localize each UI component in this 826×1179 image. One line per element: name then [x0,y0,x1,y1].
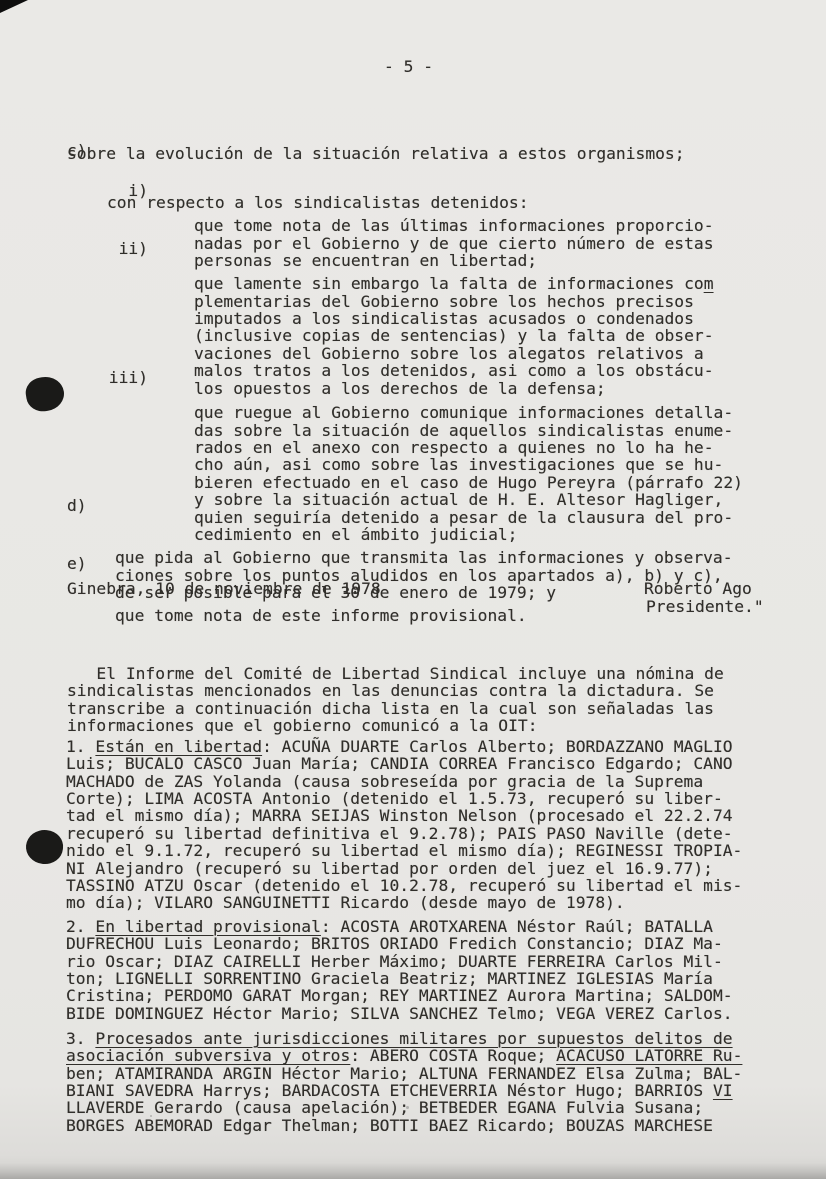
text-line: El Informe del Comité de Libertad Sindic… [67,665,724,682]
text-segment: LLAVERDE Gerardo (causa apelación); BETB… [66,1098,703,1117]
text-segment: BORGES ABEMORAD Edgar Thelman; BOTTI BAE… [66,1116,713,1135]
underlined-text: ACACUSO LATORRE Ru- [556,1046,742,1065]
text-segment: (inclusive copias de sentencias) y la fa… [194,326,714,345]
text-line: Luis; BUCALO CASCO Juan María; CANDIA CO… [66,755,742,772]
text-line: que ruegue al Gobierno comunique informa… [194,404,826,421]
scan-speck [406,1106,409,1109]
underlined-text: Procesados ante jurisdicciones militares… [95,1029,732,1048]
text-segment: ton; LIGNELLI SORRENTINO Graciela Beatri… [66,969,713,988]
paragraph-lines: que tome nota de este informe provisiona… [115,607,527,624]
text-segment: que lamente sin embargo la falta de info… [194,274,704,293]
text-segment: que ruegue al Gobierno comunique informa… [194,403,733,422]
scan-bottom-shadow [0,1163,826,1179]
text-segment: rio Oscar; DIAZ CAIRELLI Herber Máximo; … [66,952,723,971]
scan-speck [150,1115,152,1117]
text-segment: ben; ATAMIRANDA ARGIN Héctor Mario; ALTU… [66,1064,742,1083]
text-line: rio Oscar; DIAZ CAIRELLI Herber Máximo; … [66,953,733,970]
item-label-ii: ii) [66,240,148,257]
text-line: bieren efectuado en el caso de Hugo Pere… [194,474,826,491]
text-segment: das sobre la situación de aquellos sindi… [194,421,733,440]
underlined-text: VI [713,1081,733,1100]
item-label-iii: iii) [66,369,148,386]
text-line: plementarias del Gobierno sobre los hech… [194,293,826,310]
text-segment: nido el 9.1.72, recuperó su libertad el … [66,841,742,860]
paragraph-lines: 3. Procesados ante jurisdicciones milita… [66,1030,742,1134]
underlined-text: asociación subversiva y otros [66,1046,350,1065]
text-segment: 3. [66,1029,95,1048]
section-3-procesados: 3. Procesados ante jurisdicciones milita… [66,995,742,1169]
text-segment: Luis; BUCALO CASCO Juan María; CANDIA CO… [66,754,733,773]
text-line: 1. Están en libertad: ACUÑA DUARTE Carlo… [66,738,742,755]
item-label-i: i) [66,182,148,199]
text-segment: imputados a los sindicalistas acusados o… [194,309,694,328]
text-segment: : ABERO COSTA Roque; [350,1046,556,1065]
text-line: 3. Procesados ante jurisdicciones milita… [66,1030,742,1047]
text-segment: MACHADO de ZAS Yolanda (causa sobreseída… [66,772,703,791]
text-line: nido el 9.1.72, recuperó su libertad el … [66,842,742,859]
text-segment: : ACUÑA DUARTE Carlos Alberto; BORDAZZAN… [262,737,733,756]
text-segment: recuperó su libertad definitiva el 9.2.7… [66,824,733,843]
item-label-e: e) [67,555,87,572]
text-line: imputados a los sindicalistas acusados o… [194,310,826,327]
signature-title: Presidente." [646,598,764,615]
text-line: MACHADO de ZAS Yolanda (causa sobreseída… [66,773,742,790]
text-segment: BIANI SAVEDRA Harrys; BARDACOSTA ETCHEVE… [66,1081,713,1100]
text-segment: Corte); LIMA ACOSTA Antonio (detenido el… [66,789,723,808]
dateline: Ginebra, 10 de noviembre de 1978 [67,580,381,597]
text-line: asociación subversiva y otros: ABERO COS… [66,1047,742,1064]
text-line: rados en el anexo con respecto a quienes… [194,439,826,456]
text-line: que lamente sin embargo la falta de info… [194,275,826,292]
text-segment: sindicalistas mencionados en las denunci… [67,681,714,700]
text-line: recuperó su libertad definitiva el 9.2.7… [66,825,742,842]
text-line: NI Alejandro (recuperó su libertad por o… [66,860,742,877]
item-label-c: c) [67,142,87,159]
page-number: - 5 - [384,58,433,75]
text-segment: rados en el anexo con respecto a quienes… [194,438,714,457]
text-line: cho aún, asi como sobre las investigacio… [194,456,826,473]
text-segment: El Informe del Comité de Libertad Sindic… [67,664,724,683]
text-line: LLAVERDE Gerardo (causa apelación); BETB… [66,1099,742,1116]
text-line: ben; ATAMIRANDA ARGIN Héctor Mario; ALTU… [66,1065,742,1082]
underlined-text: En libertad provisional [95,917,320,936]
underlined-text: m [704,274,714,293]
underlined-text: Están en libertad [95,737,262,756]
text-line: das sobre la situación de aquellos sindi… [194,422,826,439]
item-label-d: d) [67,497,87,514]
text-line: tad el mismo día); MARRA SEIJAS Winston … [66,807,742,824]
text-segment: 1. [66,737,95,756]
text-segment: 2. [66,917,95,936]
text-segment: : ACOSTA AROTXARENA Néstor Raúl; BATALLA [321,917,713,936]
text-segment: plementarias del Gobierno sobre los hech… [194,292,694,311]
text-line: Corte); LIMA ACOSTA Antonio (detenido el… [66,790,742,807]
scanned-document-page: - 5 - sobre la evolución de la situación… [0,0,826,1179]
text-line: sindicalistas mencionados en las denunci… [67,682,724,699]
text-line: BORGES ABEMORAD Edgar Thelman; BOTTI BAE… [66,1117,742,1134]
text-segment: bieren efectuado en el caso de Hugo Pere… [194,473,743,492]
text-line: (inclusive copias de sentencias) y la fa… [194,327,826,344]
text-segment: tad el mismo día); MARRA SEIJAS Winston … [66,806,733,825]
hole-punch-mark [24,828,64,866]
text-line: BIANI SAVEDRA Harrys; BARDACOSTA ETCHEVE… [66,1082,742,1099]
text-segment: que tome nota de este informe provisiona… [115,606,527,625]
text-line: que tome nota de este informe provisiona… [115,607,527,624]
scan-corner-artifact [0,0,28,13]
text-line: 2. En libertad provisional: ACOSTA AROTX… [66,918,733,935]
text-segment: cho aún, asi como sobre las investigacio… [194,455,723,474]
text-segment: DUFRECHOU Luis Leonardo; BRITOS ORIADO F… [66,934,723,953]
text-line: DUFRECHOU Luis Leonardo; BRITOS ORIADO F… [66,935,733,952]
text-segment: NI Alejandro (recuperó su libertad por o… [66,859,713,878]
text-line: ton; LIGNELLI SORRENTINO Graciela Beatri… [66,970,733,987]
signature-name: Roberto Ago [644,580,752,597]
